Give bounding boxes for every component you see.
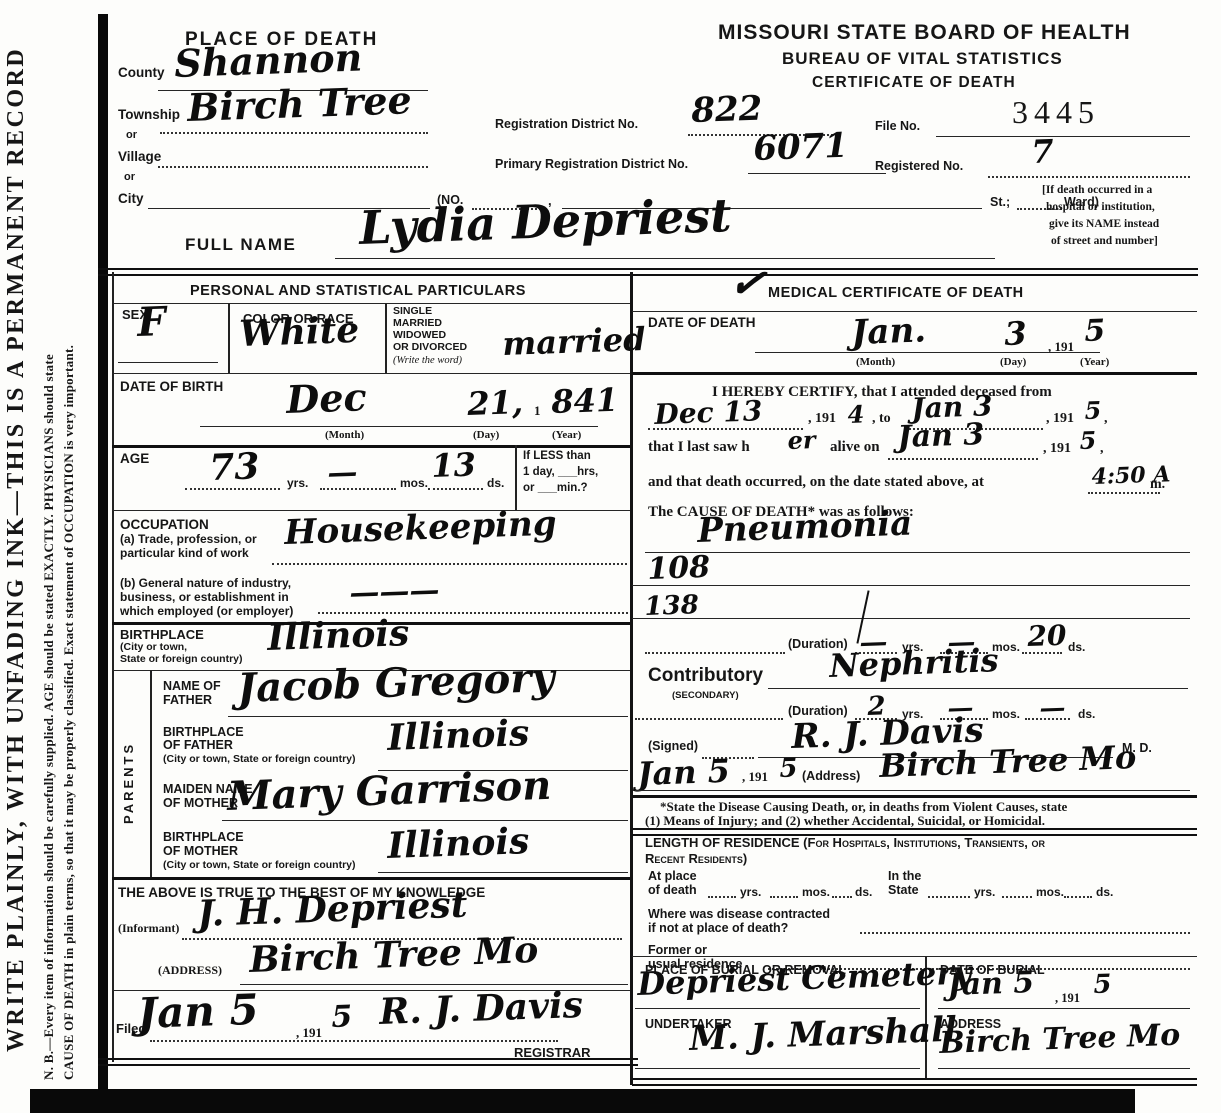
death-year-value: 5 [1084,315,1106,347]
margin-nb-line2: CAUSE OF DEATH in plain terms, so that i… [62,345,76,1080]
occupation-b-label1: (b) General nature of industry, [120,577,291,590]
township-label: Township [118,108,180,122]
attended-to-label: , to [872,412,891,427]
filed-year-prefix: , 191 [296,1026,322,1040]
birthplace-sublabel2: State or foreign country) [120,654,243,665]
registered-no-value: 7 [1031,135,1054,169]
informant-signature: J. H. Depriest [197,887,468,934]
residence-place-mos-label: mos. [802,886,830,899]
residence-title-line1: LENGTH OF RESIDENCE (For Hospitals, Inst… [645,836,1045,850]
burial-year-value: 5 [1093,971,1112,999]
age-months-value: — [327,457,358,490]
checkmark-annotation: ✓ [726,258,769,309]
duration2-ds-label: ds. [1078,708,1095,721]
sex-line [118,362,218,363]
duration1-ds-line [1022,652,1062,654]
dob-line [200,426,598,427]
occupation-value: Housekeeping [284,507,557,552]
father-name-label2: FATHER [163,694,212,707]
attended-from-date: Dec 13 [654,396,763,429]
marital-option-single: SINGLE [393,306,432,317]
cause-line-3 [632,618,1190,619]
residence-state-ds-line [1064,896,1092,898]
father-name-value: Jacob Gregory [237,657,556,710]
residence-state-mos-label: mos. [1036,886,1064,899]
registered-no-label: Registered No. [875,160,963,173]
footnote-line1: *State the Disease Causing Death, or, in… [660,800,1067,814]
contributory-line [768,688,1188,689]
last-saw-year-prefix: , 191 [1043,442,1071,457]
filed-year-value: 5 [331,1001,353,1033]
full-name-line [335,258,995,259]
contributory-label: Contributory [648,666,763,686]
file-no-label: File No. [875,120,920,133]
informant-address-label: (ADDRESS) [158,964,222,977]
margin-nb-line1: N. B.—Every item of information should b… [42,354,56,1080]
dod-year-sublabel: (Year) [1080,357,1109,369]
age-yrs-label: yrs. [287,477,308,490]
death-time-m-label: m. [1150,478,1165,493]
informant-label: (Informant) [118,922,179,935]
dob-year-sublabel: (Year) [552,430,581,442]
file-no-value: 3445 [1012,96,1100,130]
hospital-note-line3: give its NAME instead [1049,218,1159,230]
father-birthplace-sublabel: (City or town, State or foreign country) [163,754,356,765]
undertaker-value: M. J. Marshall [689,1013,958,1058]
age-days-line [428,488,483,490]
filed-date-value: Jan 5 [136,988,259,1036]
dod-month-sublabel: (Month) [856,357,895,369]
occupation-a-line [272,563,627,565]
at-place-label1: At place [648,870,697,883]
signed-year-value: 5 [779,755,798,783]
residence-place-yrs-label: yrs. [740,886,761,899]
mother-birthplace-line [378,872,628,873]
death-time-pre-text: and that death occurred, on the date sta… [648,475,984,491]
bureau-title: BUREAU OF VITAL STATISTICS [782,50,1063,68]
residence-place-mos-line [770,896,798,898]
dob-day-sublabel: (Day) [473,430,499,442]
occupation-b-label2: business, or establishment in [120,591,289,604]
hospital-note-line1: [If death occurred in a [1042,184,1152,196]
contracted-label1: Where was disease contracted [648,908,830,921]
cause-line-2 [632,585,1190,586]
age-years-value: 73 [209,448,260,488]
duration1-ds-label: ds. [1068,641,1085,654]
age-days-value: 13 [431,448,477,483]
registrar-signature: R. J. Davis [379,987,584,1032]
burial-year-prefix: , 191 [1055,992,1080,1005]
registration-district-value: 822 [691,92,763,130]
less-than-line2: 1 day, ___hrs, [523,466,598,478]
footnote-line2: (1) Means of Injury; and (2) whether Acc… [645,814,1045,828]
occupation-a-label2: particular kind of work [120,547,249,560]
personal-title-rule [112,303,630,304]
parents-group-divider [150,670,152,877]
header-bottom-double-rule [98,268,1198,276]
marital-option-married: MARRIED [393,318,442,329]
signed-year-prefix: , 191 [742,770,768,784]
dod-day-sublabel: (Day) [1000,357,1026,369]
primary-registration-label: Primary Registration District No. [495,158,688,171]
death-certificate-scan: WRITE PLAINLY, WITH UNFADING INK—THIS IS… [0,0,1221,1113]
contributory-value: Nephritis [829,644,999,683]
village-line [158,166,428,168]
informant-address-value: Birch Tree Mo [249,932,539,980]
birth-day-value: 21, [467,386,524,422]
signed-date-value: Jan 5 [637,755,731,792]
birth-year-value: 841 [551,384,619,420]
physician-address-value: Birch Tree Mo [879,741,1137,784]
last-saw-post-text: alive on [830,440,880,456]
birthplace-sublabel1: (City or town, [120,642,187,653]
death-time-line [1088,492,1160,494]
less-than-line1: If LESS than [523,450,591,462]
mother-name-line [222,820,628,821]
residence-place-yrs-line [708,896,736,898]
left-border-bar [98,14,108,1090]
residence-title-line2: Recent Residents) [645,852,747,866]
attended-to-year: 5 [1084,397,1102,423]
last-saw-er-value: er [787,427,816,453]
contracted-label2: if not at place of death? [648,922,788,935]
full-name-label: FULL NAME [185,236,296,254]
primary-registration-value: 6071 [753,129,849,168]
in-the-label1: In the [888,870,921,883]
sex-value: F [137,301,167,344]
county-label: County [118,66,165,80]
undertaker-address-value: Birch Tree Mo [939,1020,1181,1060]
bottom-border-bar [30,1089,1135,1113]
residence-place-ds-label: ds. [855,886,872,899]
attended-to-year-prefix: , 191 [1046,412,1074,427]
mother-birthplace-sublabel: (City or town, State or foreign country) [163,860,356,871]
burial-date-value: Jan 5 [947,967,1035,1002]
left-bottom-double-rule [98,1058,638,1066]
in-the-label2: State [888,884,919,897]
burial-place-line [635,1008,920,1009]
signed-date-line [635,790,1190,791]
duration2-leader-line [635,718,783,720]
residence-place-ds-line [832,896,852,898]
registration-district-label: Registration District No. [495,118,638,131]
marital-option-divorced: OR DIVORCED [393,342,467,353]
contracted-line [860,932,1190,934]
occupation-b-label3: which employed (or employer) [120,605,293,618]
age-label: AGE [120,452,149,466]
death-month-value: Jan. [851,313,927,351]
burial-bottom-double-rule [632,1078,1197,1086]
last-saw-line [888,458,1038,460]
occupation-a-label1: (a) Trade, profession, or [120,533,257,546]
burial-date-line [938,1008,1190,1009]
cause-code-1: 108 [647,552,711,586]
filed-line [150,1040,558,1042]
full-name-value: Lydia Depriest [358,191,732,252]
residence-state-yrs-line [928,896,970,898]
cause-code-2: 138 [644,592,699,621]
registered-no-line [988,176,1190,178]
residence-state-mos-line [1002,896,1032,898]
personal-section-title: PERSONAL AND STATISTICAL PARTICULARS [190,284,526,299]
or-label-1: or [126,130,137,142]
township-line [160,132,428,134]
burial-place-value: Depriest Cemetery [637,956,972,1001]
father-birthplace-label2: OF FATHER [163,739,233,752]
race-value: White [239,312,360,354]
birthplace-value: Illinois [267,615,410,658]
dob-month-sublabel: (Month) [325,430,364,442]
attended-from-line [648,428,803,430]
last-saw-year: 5 [1079,427,1097,453]
certify-statement: I HEREBY CERTIFY, that I attended deceas… [712,385,1052,401]
hospital-note-line2: hospital or institution, [1046,201,1155,213]
undertaker-line [635,1068,920,1069]
birth-year-prefix: 1 [534,404,541,418]
less-than-box-divider [515,445,517,510]
age-years-line [185,488,280,490]
father-name-label1: NAME OF [163,680,221,693]
residence-state-yrs-label: yrs. [974,886,995,899]
less-than-line3: or ___min.? [523,482,588,494]
row-rule-1 [112,373,630,374]
board-of-health-title: MISSOURI STATE BOARD OF HEALTH [718,22,1131,44]
sex-cell-divider [228,303,230,373]
primary-registration-line [748,173,886,174]
birth-month-value: Dec [286,377,368,420]
age-months-line [320,488,396,490]
attended-from-year: 4 [847,401,865,427]
occupation-b-value: ——— [349,575,440,610]
marital-write-word-label: (Write the word) [393,355,462,366]
row-rule-6 [112,877,630,880]
dod-row-rule [632,372,1197,375]
undertaker-address-line [938,1068,1190,1069]
hospital-note-line4: of street and number] [1051,235,1158,247]
date-of-birth-label: DATE OF BIRTH [120,380,223,394]
village-label: Village [118,150,161,164]
date-of-death-label: DATE OF DEATH [648,316,756,330]
column-divider-line [630,272,633,1085]
street-label: St.; [990,196,1010,209]
cause-of-death-value: Pneumonia [697,507,913,550]
birthplace-label: BIRTHPLACE [120,628,204,642]
duration1-days-value: 20 [1027,621,1067,652]
residence-state-ds-label: ds. [1096,886,1113,899]
dod-line [755,352,1100,353]
cause-line-1 [645,552,1190,553]
age-ds-label: ds. [487,477,504,490]
at-place-label2: of death [648,884,697,897]
secondary-label: (SECONDARY) [672,691,739,701]
or-label-2: or [124,172,135,184]
signed-row-rule [632,795,1197,798]
address-label: (Address) [802,770,860,783]
marital-option-widowed: WIDOWED [393,330,446,341]
race-cell-divider [385,303,387,373]
duration1-leader-line [645,652,785,654]
mother-birthplace-value: Illinois [387,823,530,866]
signed-label: (Signed) [648,740,698,753]
medical-section-title: MEDICAL CERTIFICATE OF DEATH [768,286,1024,301]
county-value: Shannon [174,37,363,83]
certify-comma-2: , [1100,442,1104,457]
age-mos-label: mos. [400,477,428,490]
marital-status-value: married [502,323,646,362]
margin-permanent-record-text: WRITE PLAINLY, WITH UNFADING INK—THIS IS… [4,47,29,1052]
duration2-mos-label: mos. [992,708,1020,721]
certify-comma-1: , [1104,412,1108,427]
row-rule-2 [112,445,630,448]
father-birthplace-value: Illinois [387,715,530,758]
last-saw-date: Jan 3 [897,419,985,454]
occupation-label: OCCUPATION [120,518,209,532]
mother-birthplace-label2: OF MOTHER [163,845,238,858]
duration2-ds-line [1025,718,1070,720]
certificate-title: CERTIFICATE OF DEATH [812,75,1016,91]
death-day-value: 3 [1004,317,1027,351]
file-no-line [936,136,1190,137]
mother-name-value: Mary Garrison [227,765,552,818]
last-saw-pre-text: that I last saw h [648,440,750,456]
township-value: Birch Tree [187,80,413,128]
mother-birthplace-label1: BIRTHPLACE [163,831,244,844]
city-label: City [118,192,144,206]
parents-vertical-label: PARENTS [122,742,136,824]
left-column-border-line [112,272,114,1062]
